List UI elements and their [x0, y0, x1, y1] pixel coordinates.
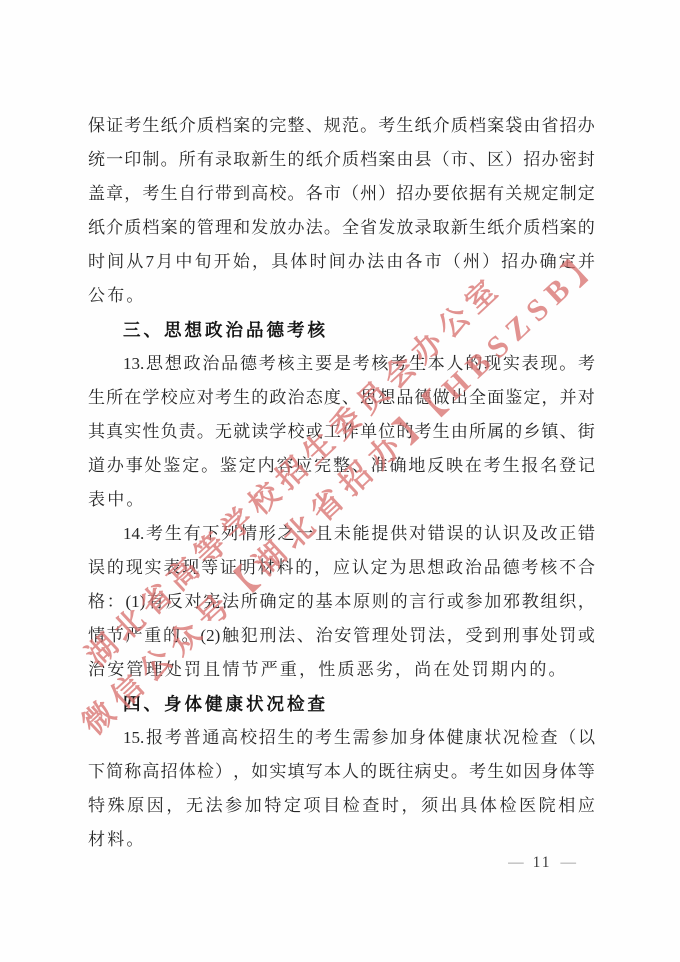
text-token: 原: [353, 585, 370, 619]
text-token: 特: [264, 789, 281, 823]
text-token: 保: [88, 109, 105, 143]
text-token: 布: [107, 279, 124, 313]
text-token: 管: [197, 211, 214, 245]
text-token: 处: [540, 619, 557, 653]
text-token: 案: [233, 109, 250, 143]
text-token: 治: [88, 653, 105, 687]
text-token: 品: [246, 313, 264, 347]
text-token: 现: [484, 347, 501, 381]
text-token: 放: [396, 211, 413, 245]
text-token: ）: [215, 755, 232, 789]
text-token: 读: [251, 415, 268, 449]
text-token: 确: [390, 449, 407, 483]
text-token: 人: [342, 755, 359, 789]
text-token: 、: [306, 109, 323, 143]
text-token: 的: [179, 211, 196, 245]
text-token: 反: [166, 585, 183, 619]
text-token: 鉴: [220, 449, 237, 483]
text-token: 检: [287, 687, 305, 721]
text-token: 到: [233, 177, 250, 211]
text-token: 所: [179, 143, 196, 177]
text-token: 考: [142, 177, 159, 211]
text-token: 处: [165, 653, 182, 687]
text-token: 全: [469, 381, 486, 415]
text-token: 介: [505, 211, 522, 245]
text-token: 档: [469, 109, 486, 143]
text-token: 不: [559, 551, 576, 585]
text-token: 。: [360, 109, 377, 143]
text-token: 情: [240, 517, 257, 551]
text-token: 触: [222, 619, 239, 653]
text-token: 、: [144, 313, 162, 347]
text-token: 纸: [161, 109, 178, 143]
text-token: 或: [306, 415, 323, 449]
text-token: 案: [378, 143, 395, 177]
text-token: 身: [164, 687, 182, 721]
text-token: 思: [146, 347, 163, 381]
text-token: 市: [451, 143, 468, 177]
text-token: 校: [269, 177, 286, 211]
text-token: 事: [126, 449, 143, 483]
text-token: 检: [522, 721, 539, 755]
text-token: 写: [306, 755, 323, 789]
text-token: ，: [578, 585, 595, 619]
text-token: 表: [88, 483, 105, 517]
text-token: ，: [124, 177, 141, 211]
text-token: 录: [215, 143, 232, 177]
text-token: 如: [251, 755, 268, 789]
text-token: 体: [480, 789, 497, 823]
text-token: 通: [202, 721, 219, 755]
text-token: 属: [487, 415, 504, 449]
text-token: 14.: [123, 517, 144, 551]
text-token: 思: [164, 313, 182, 347]
text-token: 纸: [415, 109, 432, 143]
text-token: 德: [503, 551, 520, 585]
text-token: 情: [88, 619, 105, 653]
text-token: 本: [428, 347, 445, 381]
text-token: 康: [465, 721, 482, 755]
text-token: ，: [395, 653, 412, 687]
text-line: 特殊原因，无法参加特定项目检查时，须出具体检医院相应: [88, 789, 595, 823]
text-token: （: [433, 143, 450, 177]
text-token: 校: [240, 721, 257, 755]
text-token: 放: [269, 211, 286, 245]
text-token: 重: [280, 653, 297, 687]
text-token: 和: [233, 211, 250, 245]
text-token: ，: [252, 245, 269, 279]
text-line: 13.思想政治品德考核主要是考核考生本人的现实表现。考: [88, 347, 595, 381]
text-token: 史: [433, 755, 450, 789]
text-token: 定: [542, 177, 559, 211]
text-line: 时间从7月中旬开始，具体时间办法由各市（州）招办确定并: [88, 245, 595, 279]
text-token: 法: [206, 789, 223, 823]
text-token: 生: [269, 143, 286, 177]
text-token: 治: [465, 551, 482, 585]
text-token: 态: [306, 381, 323, 415]
text-token: 体: [179, 755, 196, 789]
text-token: 应: [179, 381, 196, 415]
text-token: 核: [540, 551, 557, 585]
text-token: 重: [144, 619, 161, 653]
text-line: 纸介质档案的管理和发放办法。全省发放录取新生纸介质档案的: [88, 211, 595, 245]
text-token: 、: [144, 687, 162, 721]
text-token: 容: [276, 449, 293, 483]
text-token: 政: [269, 381, 286, 415]
text-token: 省: [360, 211, 377, 245]
text-token: 生: [278, 721, 295, 755]
text-token: 地: [408, 449, 425, 483]
text-token: 所: [241, 585, 258, 619]
text-token: 介: [106, 211, 123, 245]
text-token: 则: [372, 585, 389, 619]
text-token: 生: [233, 381, 250, 415]
text-token: 查: [308, 687, 326, 721]
text-token: 道: [88, 449, 105, 483]
text-token: 录: [415, 211, 432, 245]
text-token: 现: [182, 551, 199, 585]
text-token: 证: [106, 109, 123, 143]
text-token: 县: [415, 143, 432, 177]
text-token: 招: [259, 721, 276, 755]
text-token: 邪: [503, 585, 520, 619]
text-token: 。: [126, 483, 143, 517]
text-token: 。: [324, 211, 341, 245]
text-token: 安: [107, 653, 124, 687]
text-token: 想: [185, 313, 203, 347]
text-token: 生: [487, 755, 504, 789]
text-token: 确: [259, 585, 276, 619]
text-token: 市: [425, 245, 442, 279]
text-token: 身: [542, 755, 559, 789]
text-token: 认: [352, 551, 369, 585]
text-token: 章: [106, 177, 123, 211]
text-token: 就: [233, 415, 250, 449]
text-token: 相: [558, 789, 575, 823]
text-token: 定: [182, 449, 199, 483]
text-token: 13.: [123, 347, 144, 381]
page-number: — 11 —: [508, 852, 576, 874]
text-token: 在: [433, 653, 450, 687]
text-token: 因: [523, 755, 540, 789]
text-token: 准: [371, 449, 388, 483]
text-line: 统一印制。所有录取新生的纸介质档案由县（市、区）招办密封: [88, 143, 595, 177]
text-token: 下: [202, 517, 219, 551]
text-token: 位: [378, 415, 395, 449]
text-token: 参: [371, 721, 388, 755]
text-token: 介: [433, 109, 450, 143]
text-token: 能: [353, 517, 370, 551]
text-token: 开: [214, 245, 231, 279]
text-token: 未: [334, 517, 351, 551]
text-token: 所: [469, 415, 486, 449]
section-heading: 三、思想政治品德考核: [88, 313, 595, 347]
text-token: 罚: [472, 653, 489, 687]
text-token: 。: [182, 619, 199, 653]
text-token: 考: [578, 347, 595, 381]
text-token: 材: [88, 823, 105, 857]
text-token: 实: [269, 755, 286, 789]
text-token: 档: [360, 143, 377, 177]
text-token: 或: [578, 619, 595, 653]
text-token: 中: [175, 245, 192, 279]
text-line: 治安管理处罚且情节严重，性质恶劣，尚在处罚期内的。: [88, 653, 595, 687]
text-token: 考: [124, 109, 141, 143]
text-token: 办: [542, 143, 559, 177]
text-token: 殊: [108, 789, 125, 823]
text-token: 体: [290, 245, 307, 279]
text-token: 高: [142, 755, 159, 789]
text-token: 简: [106, 755, 123, 789]
text-token: 确: [540, 245, 557, 279]
text-token: 映: [446, 449, 463, 483]
text-token: 招: [396, 177, 413, 211]
text-token: 生: [396, 109, 413, 143]
text-token: 考: [165, 721, 182, 755]
text-token: 生: [433, 415, 450, 449]
text-token: 尚: [414, 653, 431, 687]
text-token: 项: [304, 789, 321, 823]
text-token: 安: [334, 619, 351, 653]
text-token: 法: [428, 619, 445, 653]
text-token: 。: [451, 755, 468, 789]
text-token: 为: [390, 551, 407, 585]
text-token: 招: [523, 143, 540, 177]
text-line: 道办事处鉴定。鉴定内容应完整、准确地反映在考生报名登记: [88, 449, 595, 483]
text-token: 政: [184, 347, 201, 381]
text-token: 发: [378, 211, 395, 245]
text-token: 本: [324, 755, 341, 789]
text-token: 生: [88, 381, 105, 415]
text-token: 犯: [241, 619, 258, 653]
text-token: 纸: [487, 211, 504, 245]
text-token: 因: [147, 789, 164, 823]
text-token: 考: [378, 109, 395, 143]
text-token: 证: [220, 551, 237, 585]
text-token: 发: [251, 211, 268, 245]
text-token: 公: [88, 279, 105, 313]
text-token: 学: [142, 381, 159, 415]
text-token: 新: [251, 143, 268, 177]
text-token: 市: [324, 177, 341, 211]
text-token: 乡: [523, 415, 540, 449]
text-token: 区: [487, 143, 504, 177]
text-token: 高: [251, 177, 268, 211]
text-token: 体: [185, 687, 203, 721]
text-token: 加: [390, 721, 407, 755]
text-token: 管: [126, 653, 143, 687]
text-token: 的: [505, 415, 522, 449]
text-token: 、: [560, 415, 577, 449]
text-token: 、: [352, 449, 369, 483]
text-token: 。: [549, 653, 566, 687]
text-token: 处: [391, 619, 408, 653]
text-token: 节: [242, 653, 259, 687]
text-token: 档: [215, 109, 232, 143]
text-token: 、: [297, 619, 314, 653]
text-token: 鉴: [505, 381, 522, 415]
text-token: 处: [453, 653, 470, 687]
text-token: 性: [318, 653, 335, 687]
text-token: 依: [451, 177, 468, 211]
text-token: 参: [225, 789, 242, 823]
text-token: 定: [559, 245, 576, 279]
text-token: 罚: [184, 653, 201, 687]
text-token: 考: [390, 347, 407, 381]
text-token: 生: [409, 347, 426, 381]
text-token: 错: [428, 517, 445, 551]
text-token: 查: [362, 789, 379, 823]
text-token: 核: [308, 313, 326, 347]
text-token: 街: [578, 415, 595, 449]
text-token: 招: [501, 245, 518, 279]
text-token: 实: [145, 551, 162, 585]
text-token: ）: [482, 245, 499, 279]
text-token: 表: [522, 347, 539, 381]
text-token: 介: [324, 143, 341, 177]
text-token: 事: [522, 619, 539, 653]
text-token: ：: [107, 585, 124, 619]
text-token: 校: [161, 381, 178, 415]
text-token: 想: [378, 381, 395, 415]
text-token: 罚: [409, 619, 426, 653]
text-token: 负: [161, 415, 178, 449]
text-token: 医: [519, 789, 536, 823]
text-token: 整: [333, 449, 350, 483]
text-token: 记: [578, 449, 595, 483]
text-token: 体: [428, 721, 445, 755]
text-token: 的: [465, 517, 482, 551]
text-token: 宪: [203, 585, 220, 619]
text-token: 的: [288, 143, 305, 177]
text-token: 的: [391, 585, 408, 619]
text-token: 新: [451, 211, 468, 245]
text-token: 的: [578, 211, 595, 245]
text-token: 供: [390, 517, 407, 551]
text-token: 取: [233, 143, 250, 177]
text-token: 办: [107, 449, 124, 483]
text-token: 考: [146, 517, 163, 551]
text-token: 检: [343, 789, 360, 823]
text-token: 高: [221, 721, 238, 755]
text-token: 一: [296, 517, 313, 551]
text-token: 期: [491, 653, 508, 687]
text-token: 现: [126, 551, 143, 585]
text-token: 鉴: [163, 449, 180, 483]
text-token: 健: [205, 687, 223, 721]
text-token: 改: [540, 517, 557, 551]
text-token: 法: [306, 211, 323, 245]
text-token: 镇: [542, 415, 559, 449]
text-token: 完: [269, 109, 286, 143]
text-token: 加: [484, 585, 501, 619]
text-token: 刑: [503, 619, 520, 653]
text-token: 列: [221, 517, 238, 551]
text-token: （: [444, 245, 461, 279]
text-token: 案: [161, 211, 178, 245]
text-token: 名: [540, 449, 557, 483]
text-token: 性: [142, 415, 159, 449]
text-token: 、: [469, 143, 486, 177]
text-token: 。: [126, 823, 143, 857]
text-token: 严: [261, 653, 278, 687]
text-token: 纸: [306, 143, 323, 177]
text-token: 错: [578, 517, 595, 551]
text-line: 14.考生有下列情形之一且未能提供对错误的认识及改正错: [88, 517, 595, 551]
text-token: 带: [215, 177, 232, 211]
footer-right-dash: —: [561, 852, 577, 874]
text-token: 格: [88, 585, 105, 619]
text-token: 基: [316, 585, 333, 619]
text-token: 生: [161, 177, 178, 211]
text-token: 政: [205, 313, 223, 347]
text-token: 印: [124, 143, 141, 177]
text-token: 认: [484, 517, 501, 551]
text-line: 格：(1)有反对宪法所确定的基本原则的言行或参加邪教组织，: [88, 585, 595, 619]
text-token: 全: [342, 211, 359, 245]
text-token: 度: [324, 381, 341, 415]
text-token: 节: [107, 619, 124, 653]
text-token: 质: [523, 211, 540, 245]
text-token: 作: [342, 415, 359, 449]
text-token: 实: [503, 347, 520, 381]
text-token: 有: [184, 517, 201, 551]
text-token: 实: [124, 415, 141, 449]
text-token: 想: [165, 347, 182, 381]
text-token: 定: [239, 449, 256, 483]
text-token: 教: [522, 585, 539, 619]
text-token: 以: [578, 721, 595, 755]
text-token: 档: [542, 211, 559, 245]
text-token: 误: [88, 551, 105, 585]
text-token: (2): [200, 619, 220, 653]
text-token: 普: [184, 721, 201, 755]
text-token: 织: [559, 585, 576, 619]
text-token: 办: [288, 211, 305, 245]
text-token: 既: [378, 755, 395, 789]
text-token: 出: [451, 381, 468, 415]
text-token: 要: [433, 177, 450, 211]
text-token: 状: [246, 687, 264, 721]
text-token: 品: [221, 347, 238, 381]
text-token: 行: [428, 585, 445, 619]
text-token: 的: [360, 755, 377, 789]
text-token: 招: [161, 755, 178, 789]
text-token: 定: [371, 551, 388, 585]
text-token: 的: [396, 415, 413, 449]
text-token: 质: [197, 109, 214, 143]
text-token: 州: [360, 177, 377, 211]
text-token: 间: [329, 245, 346, 279]
text-token: 正: [559, 517, 576, 551]
text-token: 案: [487, 109, 504, 143]
text-token: 。: [197, 415, 214, 449]
text-token: 时: [310, 245, 327, 279]
text-token: 人: [447, 347, 464, 381]
text-token: 时: [382, 789, 399, 823]
text-token: 原: [127, 789, 144, 823]
text-token: 是: [334, 347, 351, 381]
text-token: 纸: [88, 211, 105, 245]
text-token: 介: [179, 109, 196, 143]
text-token: 的: [107, 551, 124, 585]
text-token: 有: [487, 177, 504, 211]
text-token: （: [342, 177, 359, 211]
text-token: 应: [295, 449, 312, 483]
text-token: 无: [215, 415, 232, 449]
text-token: 由: [396, 143, 413, 177]
text-token: 须: [421, 789, 438, 823]
